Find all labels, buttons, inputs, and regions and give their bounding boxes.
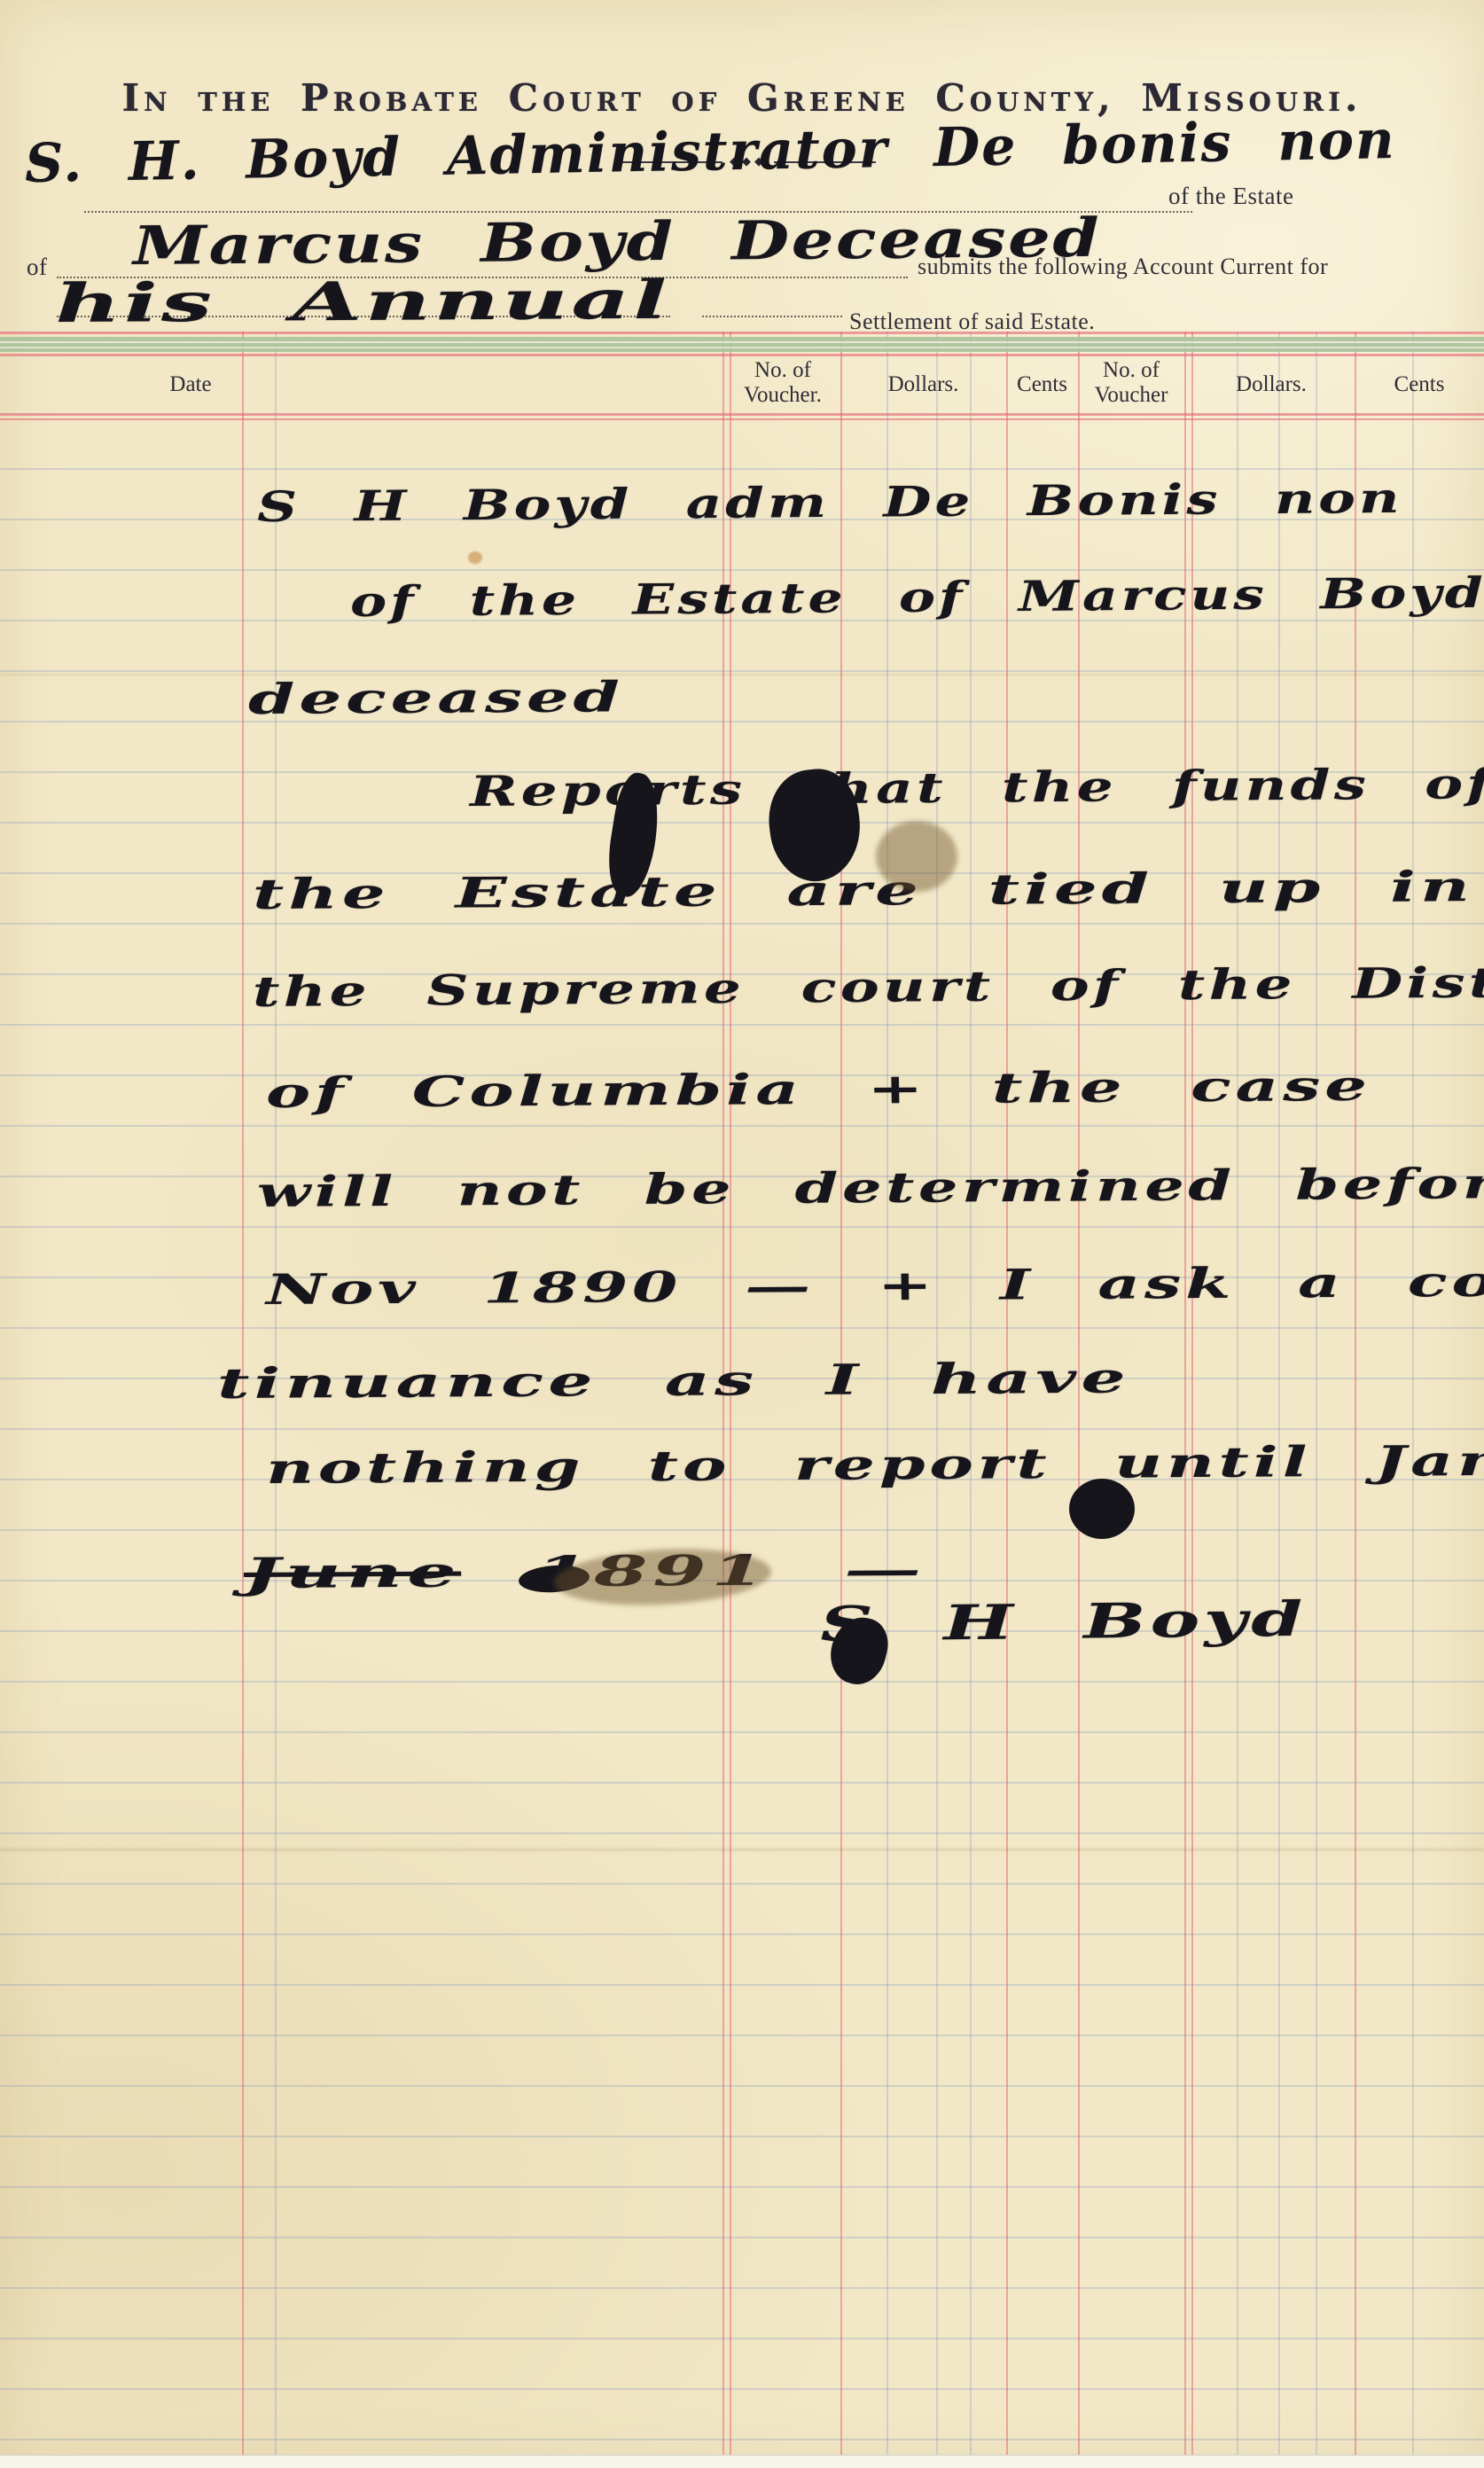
sub-rule-cents2 (1412, 332, 1414, 2456)
column-header-cents-1: Cents (1006, 372, 1078, 397)
handwritten-decedent-name: Marcus Boyd Deceased (133, 207, 1102, 277)
scan-edge (0, 2455, 1484, 2468)
signature: S H Boyd (819, 1590, 1308, 1652)
printed-of-the-estate: of the Estate (1168, 183, 1293, 210)
column-rule-dollars2-a (1184, 332, 1186, 2456)
column-header-voucher-1: No. of Voucher. (725, 358, 840, 408)
ink-blot (1069, 1479, 1135, 1539)
band-pink-bottom (0, 354, 1484, 356)
column-header-voucher-2: No. of Voucher (1078, 358, 1184, 408)
paper-crease (0, 1848, 1484, 1851)
handwriting-line: nothing to report until Jany (266, 1436, 1484, 1494)
column-header-dollars-2: Dollars. (1188, 372, 1355, 397)
printed-of: of (27, 254, 48, 281)
handwriting-line: Nov 1890 — + I ask a con (266, 1257, 1484, 1315)
handwriting-line: S H Boyd adm De Bonis non (257, 474, 1403, 532)
handwriting-line: tinuance as I have (217, 1355, 1131, 1409)
header-separator-b (0, 418, 1484, 420)
printed-settlement-text: Settlement of said Estate. (849, 308, 1095, 335)
column-rule-dollars2-b (1191, 332, 1193, 2456)
sub-rule-dollars2-b (1278, 332, 1280, 2456)
column-header-cents-2: Cents (1355, 372, 1484, 397)
horizontal-ruled-lines (0, 419, 1484, 2456)
handwriting-line: the Supreme court of the District (253, 957, 1484, 1017)
form-rule-3b (702, 316, 842, 317)
struck-word: June (243, 1549, 461, 1598)
paper-crease (0, 674, 1484, 676)
paper-stain (468, 551, 482, 564)
document-page: In the Probate Court of Greene County, M… (0, 0, 1484, 2468)
handwriting-line: the Estate are tied up in (253, 863, 1474, 919)
handwriting-line: of Columbia + the case (266, 1062, 1372, 1118)
sub-rule-dollars2-c (1316, 332, 1317, 2456)
handwriting-line: of the Estate of Marcus Boyd (350, 569, 1484, 627)
handwritten-settlement-type: his Annual (54, 269, 670, 335)
handwriting-line: deceased (248, 673, 625, 724)
band-green (0, 337, 1484, 352)
column-header-date: Date (71, 372, 310, 397)
ink-smudge (876, 821, 957, 892)
column-header-dollars-1: Dollars. (840, 372, 1006, 397)
handwriting-line: will not be determined before (257, 1160, 1484, 1217)
header-separator-a (0, 413, 1484, 416)
column-rule-cents2 (1355, 332, 1356, 2456)
sub-rule-dollars2-a (1237, 332, 1238, 2456)
